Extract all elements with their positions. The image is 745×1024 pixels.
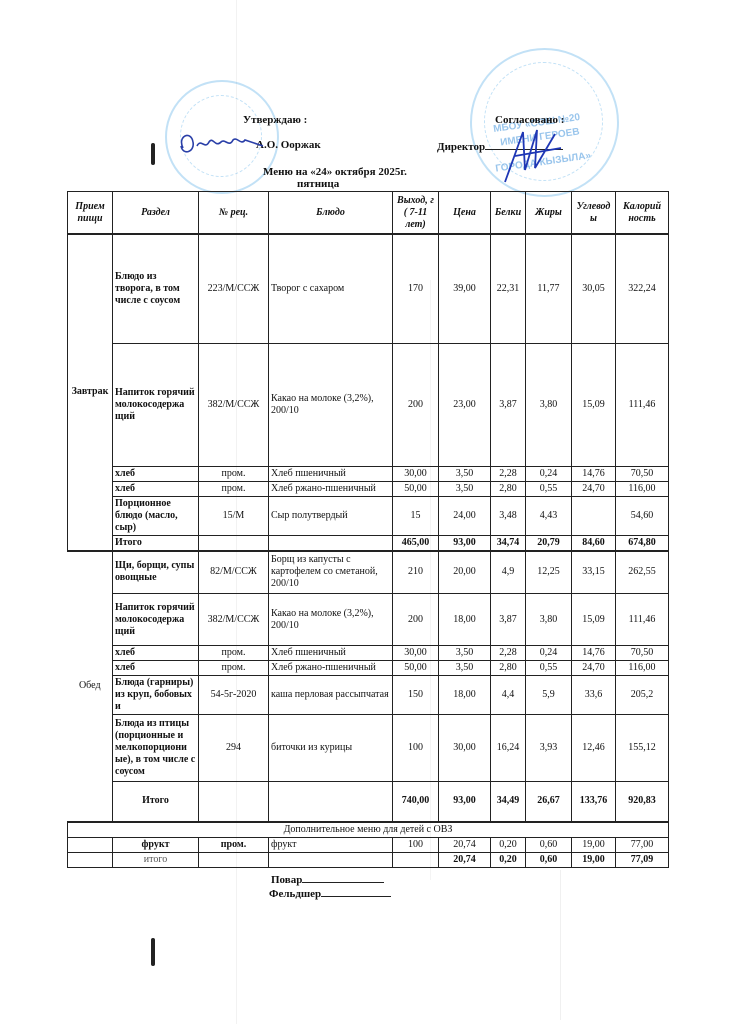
- section-cell: Блюда из птицы (порционные и мелкопорцио…: [113, 715, 199, 782]
- section-cell: Напиток горячий молокосодержа щий: [113, 343, 199, 466]
- col-yield: Выход, г ( 7-11 лет): [393, 192, 439, 235]
- col-carbs: Углевод ы: [572, 192, 616, 235]
- yield-cell: 200: [393, 343, 439, 466]
- fat-cell: 3,80: [526, 594, 572, 646]
- recipe-cell: 382/М/ССЖ: [199, 343, 269, 466]
- yield-cell: 30,00: [393, 646, 439, 661]
- empty-cell: [199, 782, 269, 822]
- section-cell: Блюда (гарниры) из круп, бобовых и: [113, 676, 199, 715]
- total-carbs: 133,76: [572, 782, 616, 822]
- fat-cell: 3,80: [526, 343, 572, 466]
- recipe-cell: пром.: [199, 466, 269, 481]
- fat-cell: 4,43: [526, 496, 572, 535]
- carbs-cell: 12,46: [572, 715, 616, 782]
- col-price: Цена: [439, 192, 491, 235]
- total-label: Итого: [113, 535, 199, 551]
- medic-signature-line: Фельдшер: [269, 886, 391, 900]
- col-meal: Прием пищи: [68, 192, 113, 235]
- carbs-cell: 33,15: [572, 551, 616, 594]
- col-protein: Белки: [491, 192, 526, 235]
- table-header-row: Прием пищи Раздел № рец. Блюдо Выход, г …: [68, 192, 669, 235]
- kcal-cell: 54,60: [616, 496, 669, 535]
- recipe-cell: 382/М/ССЖ: [199, 594, 269, 646]
- total-carbs: 84,60: [572, 535, 616, 551]
- price-cell: 20,74: [439, 837, 491, 852]
- total-fat: 26,67: [526, 782, 572, 822]
- protein-cell: 16,24: [491, 715, 526, 782]
- approver-name: А.О. Ооржак: [256, 139, 321, 151]
- recipe-cell: пром.: [199, 661, 269, 676]
- fat-cell: 3,93: [526, 715, 572, 782]
- price-cell: 39,00: [439, 234, 491, 343]
- price-cell: 30,00: [439, 715, 491, 782]
- col-dish: Блюдо: [269, 192, 393, 235]
- kcal-cell: 155,12: [616, 715, 669, 782]
- dish-cell: Хлеб ржано-пшеничный: [269, 481, 393, 496]
- protein-cell: 2,80: [491, 661, 526, 676]
- scan-line: [560, 870, 561, 1020]
- protein-cell: 2,80: [491, 481, 526, 496]
- extra-menu-title: Дополнительное меню для детей с ОВЗ: [68, 822, 669, 838]
- recipe-cell: пром.: [199, 481, 269, 496]
- recipe-cell: пром.: [199, 837, 269, 852]
- col-recipe: № рец.: [199, 192, 269, 235]
- cook-signature-line: Повар: [271, 872, 384, 886]
- kcal-cell: 111,46: [616, 594, 669, 646]
- yield-cell: 170: [393, 234, 439, 343]
- section-cell: фрукт: [113, 837, 199, 852]
- yield-cell: 210: [393, 551, 439, 594]
- dish-cell: Хлеб ржано-пшеничный: [269, 661, 393, 676]
- dish-cell: Какао на молоке (3,2%), 200/10: [269, 343, 393, 466]
- protein-cell: 3,87: [491, 343, 526, 466]
- dish-cell: фрукт: [269, 837, 393, 852]
- kcal-cell: 77,00: [616, 837, 669, 852]
- empty-cell: [199, 535, 269, 551]
- total-label: итого: [113, 852, 199, 867]
- carbs-cell: [572, 496, 616, 535]
- total-kcal: 920,83: [616, 782, 669, 822]
- section-cell: Напиток горячий молокосодержа щий: [113, 594, 199, 646]
- protein-cell: 22,31: [491, 234, 526, 343]
- table-row: Завтрак Блюдо из творога, в том числе с …: [68, 234, 669, 343]
- carbs-cell: 15,09: [572, 343, 616, 466]
- empty-cell: [68, 837, 113, 852]
- price-cell: 3,50: [439, 466, 491, 481]
- protein-cell: 4,9: [491, 551, 526, 594]
- total-price: 93,00: [439, 782, 491, 822]
- total-yield: 465,00: [393, 535, 439, 551]
- fat-cell: 5,9: [526, 676, 572, 715]
- recipe-cell: 54-5г-2020: [199, 676, 269, 715]
- protein-cell: 2,28: [491, 646, 526, 661]
- dish-cell: биточки из курицы: [269, 715, 393, 782]
- table-row: Обед Щи, борщи, супы овощные 82/М/ССЖ Бо…: [68, 551, 669, 594]
- yield-cell: 15: [393, 496, 439, 535]
- table-row: Напиток горячий молокосодержа щий 382/М/…: [68, 343, 669, 466]
- lunch-total-row: Итого 740,00 93,00 34,49 26,67 133,76 92…: [68, 782, 669, 822]
- meal-breakfast: Завтрак: [68, 234, 113, 551]
- total-fat: 20,79: [526, 535, 572, 551]
- director-signature: [495, 120, 565, 190]
- recipe-cell: 15/М: [199, 496, 269, 535]
- fat-cell: 0,24: [526, 646, 572, 661]
- table-row: хлеб пром. Хлеб пшеничный 30,00 3,50 2,2…: [68, 466, 669, 481]
- dish-cell: Творог с сахаром: [269, 234, 393, 343]
- protein-cell: 0,20: [491, 837, 526, 852]
- fat-cell: 0,60: [526, 837, 572, 852]
- dish-cell: Сыр полутвердый: [269, 496, 393, 535]
- fat-cell: 0,24: [526, 466, 572, 481]
- extra-total-row: итого 20,74 0,20 0,60 19,00 77,09: [68, 852, 669, 867]
- menu-document: МБОУ «СОШ №20 ИМЕНИ ГЕРОЕВ ГОРОДА КЫЗЫЛА…: [0, 0, 745, 1024]
- total-protein: 0,20: [491, 852, 526, 867]
- carbs-cell: 24,70: [572, 661, 616, 676]
- breakfast-total-row: Итого 465,00 93,00 34,74 20,79 84,60 674…: [68, 535, 669, 551]
- total-label: Итого: [113, 782, 199, 822]
- recipe-cell: 294: [199, 715, 269, 782]
- carbs-cell: 14,76: [572, 646, 616, 661]
- fat-cell: 0,55: [526, 661, 572, 676]
- yield-cell: 50,00: [393, 661, 439, 676]
- section-cell: хлеб: [113, 646, 199, 661]
- price-cell: 24,00: [439, 496, 491, 535]
- price-cell: 3,50: [439, 646, 491, 661]
- total-price: 20,74: [439, 852, 491, 867]
- section-cell: Порционное блюдо (масло, сыр): [113, 496, 199, 535]
- approve-label: Утверждаю :: [243, 114, 307, 126]
- carbs-cell: 14,76: [572, 466, 616, 481]
- empty-cell: [269, 535, 393, 551]
- kcal-cell: 205,2: [616, 676, 669, 715]
- extra-menu-title-row: Дополнительное меню для детей с ОВЗ: [68, 822, 669, 838]
- table-row: Напиток горячий молокосодержа щий 382/М/…: [68, 594, 669, 646]
- fat-cell: 0,55: [526, 481, 572, 496]
- price-cell: 18,00: [439, 676, 491, 715]
- dish-cell: Хлеб пшеничный: [269, 646, 393, 661]
- yield-cell: 100: [393, 715, 439, 782]
- binder-mark: [151, 143, 155, 165]
- meal-lunch: Обед: [68, 551, 113, 822]
- price-cell: 3,50: [439, 481, 491, 496]
- recipe-cell: пром.: [199, 646, 269, 661]
- total-carbs: 19,00: [572, 852, 616, 867]
- kcal-cell: 322,24: [616, 234, 669, 343]
- dish-cell: Борщ из капусты с картофелем со сметаной…: [269, 551, 393, 594]
- section-cell: хлеб: [113, 481, 199, 496]
- table-row: Блюда (гарниры) из круп, бобовых и 54-5г…: [68, 676, 669, 715]
- kcal-cell: 116,00: [616, 481, 669, 496]
- total-kcal: 77,09: [616, 852, 669, 867]
- price-cell: 20,00: [439, 551, 491, 594]
- table-row: Порционное блюдо (масло, сыр) 15/М Сыр п…: [68, 496, 669, 535]
- kcal-cell: 70,50: [616, 466, 669, 481]
- carbs-cell: 33,6: [572, 676, 616, 715]
- protein-cell: 3,48: [491, 496, 526, 535]
- total-protein: 34,49: [491, 782, 526, 822]
- fat-cell: 12,25: [526, 551, 572, 594]
- price-cell: 18,00: [439, 594, 491, 646]
- col-kcal: Калорий ность: [616, 192, 669, 235]
- col-fat: Жиры: [526, 192, 572, 235]
- section-cell: хлеб: [113, 466, 199, 481]
- protein-cell: 4,4: [491, 676, 526, 715]
- dish-cell: каша перловая рассыпчатая: [269, 676, 393, 715]
- yield-cell: 30,00: [393, 466, 439, 481]
- empty-cell: [393, 852, 439, 867]
- protein-cell: 3,87: [491, 594, 526, 646]
- menu-table: Прием пищи Раздел № рец. Блюдо Выход, г …: [67, 191, 669, 868]
- approver-signature: [175, 128, 265, 160]
- fat-cell: 11,77: [526, 234, 572, 343]
- yield-cell: 150: [393, 676, 439, 715]
- table-row: фрукт пром. фрукт 100 20,74 0,20 0,60 19…: [68, 837, 669, 852]
- protein-cell: 2,28: [491, 466, 526, 481]
- kcal-cell: 111,46: [616, 343, 669, 466]
- empty-cell: [199, 852, 269, 867]
- carbs-cell: 19,00: [572, 837, 616, 852]
- empty-cell: [269, 782, 393, 822]
- section-cell: хлеб: [113, 661, 199, 676]
- total-kcal: 674,80: [616, 535, 669, 551]
- empty-cell: [269, 852, 393, 867]
- yield-cell: 200: [393, 594, 439, 646]
- total-yield: 740,00: [393, 782, 439, 822]
- kcal-cell: 116,00: [616, 661, 669, 676]
- price-cell: 3,50: [439, 661, 491, 676]
- table-row: хлеб пром. Хлеб пшеничный 30,00 3,50 2,2…: [68, 646, 669, 661]
- empty-cell: [68, 852, 113, 867]
- carbs-cell: 15,09: [572, 594, 616, 646]
- recipe-cell: 223/М/ССЖ: [199, 234, 269, 343]
- yield-cell: 100: [393, 837, 439, 852]
- table-row: хлеб пром. Хлеб ржано-пшеничный 50,00 3,…: [68, 481, 669, 496]
- total-price: 93,00: [439, 535, 491, 551]
- section-cell: Щи, борщи, супы овощные: [113, 551, 199, 594]
- section-cell: Блюдо из творога, в том числе с соусом: [113, 234, 199, 343]
- carbs-cell: 24,70: [572, 481, 616, 496]
- kcal-cell: 70,50: [616, 646, 669, 661]
- menu-title: Меню на «24» октября 2025г.: [263, 166, 407, 178]
- kcal-cell: 262,55: [616, 551, 669, 594]
- yield-cell: 50,00: [393, 481, 439, 496]
- total-fat: 0,60: [526, 852, 572, 867]
- total-protein: 34,74: [491, 535, 526, 551]
- dish-cell: Какао на молоке (3,2%), 200/10: [269, 594, 393, 646]
- dish-cell: Хлеб пшеничный: [269, 466, 393, 481]
- table-row: Блюда из птицы (порционные и мелкопорцио…: [68, 715, 669, 782]
- recipe-cell: 82/М/ССЖ: [199, 551, 269, 594]
- table-row: хлеб пром. Хлеб ржано-пшеничный 50,00 3,…: [68, 661, 669, 676]
- price-cell: 23,00: [439, 343, 491, 466]
- weekday: пятница: [297, 178, 339, 190]
- col-section: Раздел: [113, 192, 199, 235]
- carbs-cell: 30,05: [572, 234, 616, 343]
- binder-mark: [151, 938, 155, 966]
